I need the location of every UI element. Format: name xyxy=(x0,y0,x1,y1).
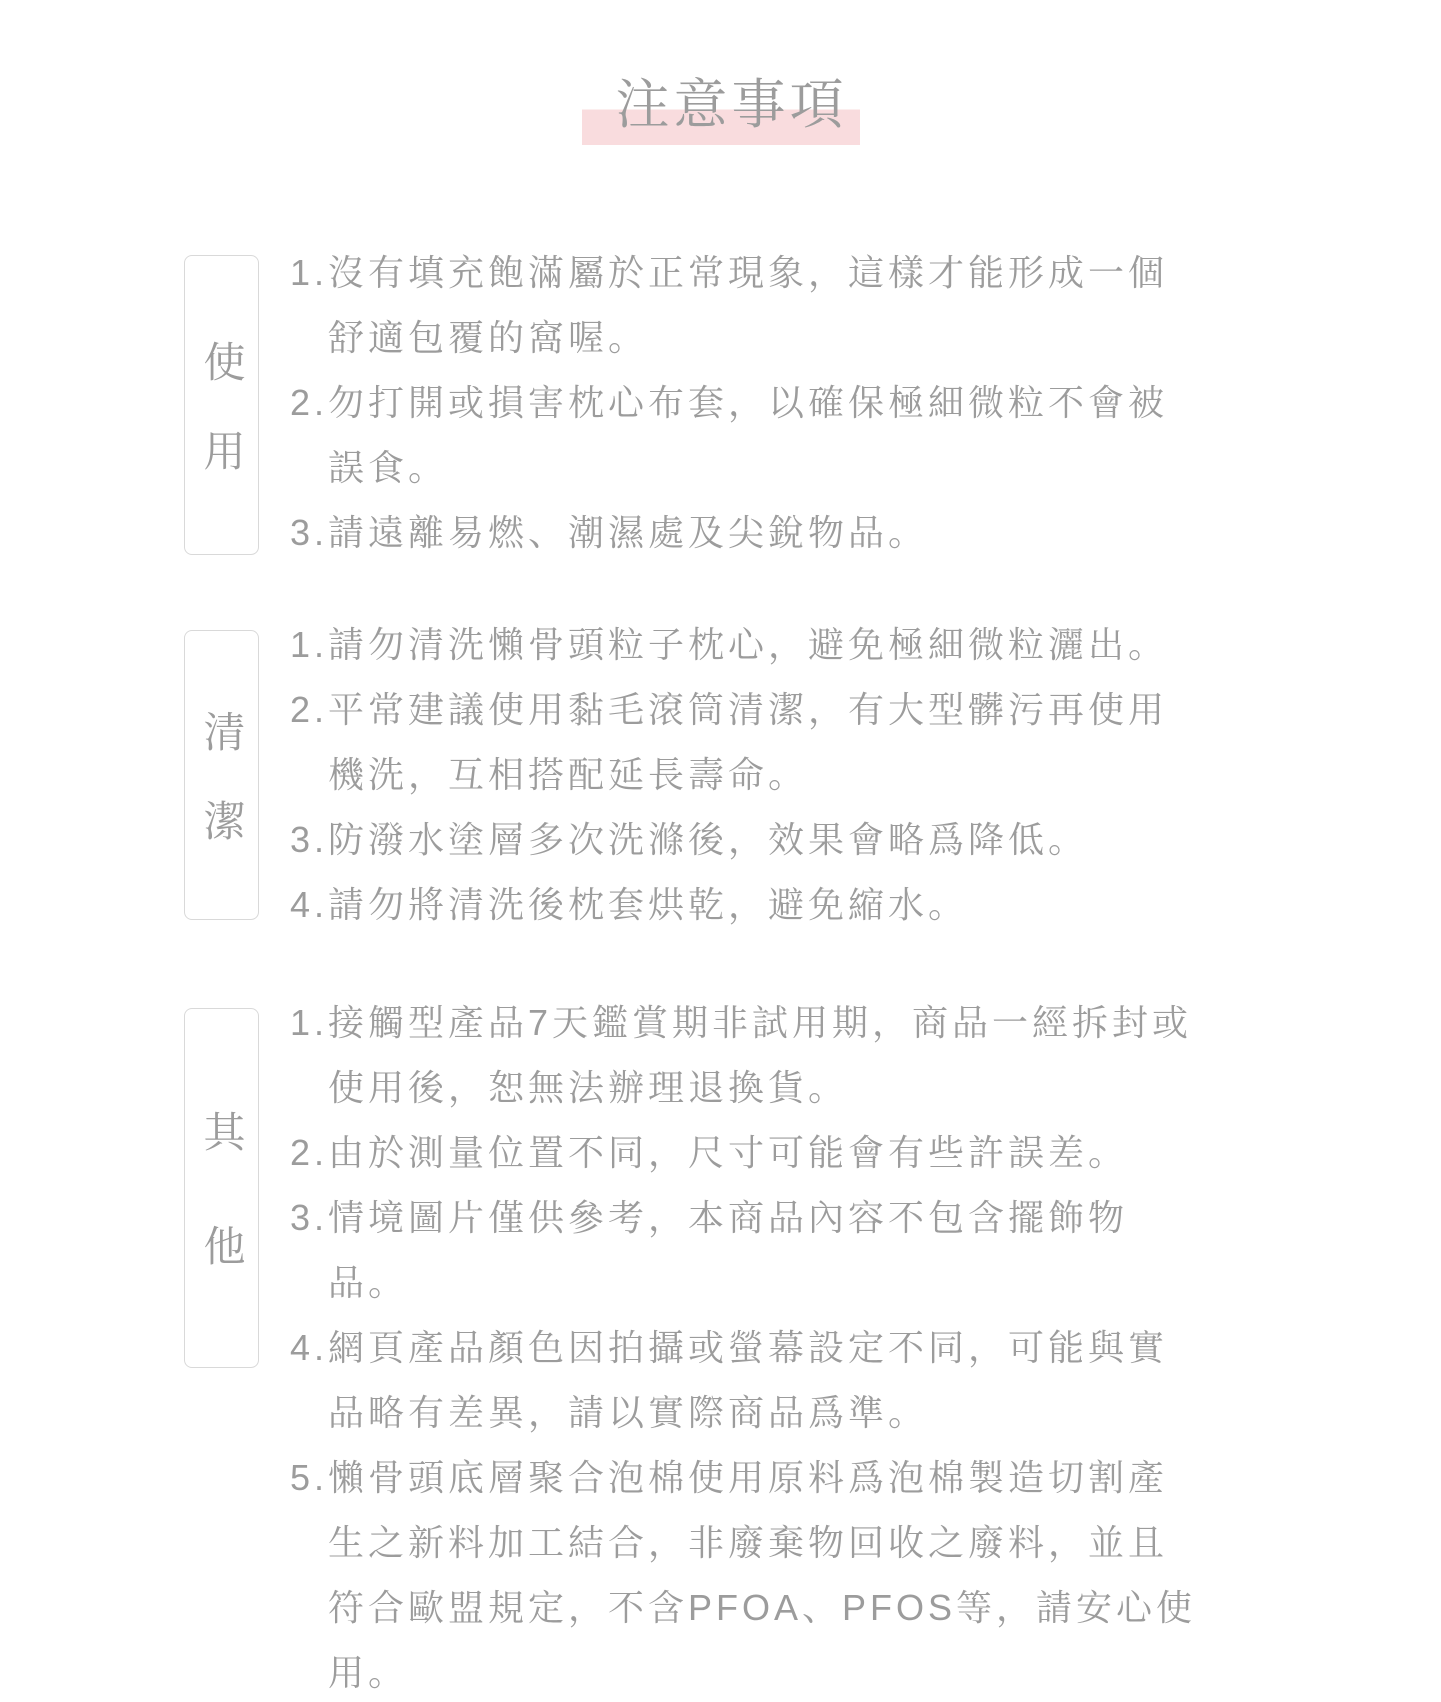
note-item: 1.請勿清洗懶骨頭粒子枕心，避免極細微粒灑出。 xyxy=(290,612,1200,677)
section-cleaning: 清潔 1.請勿清洗懶骨頭粒子枕心，避免極細微粒灑出。 2.平常建議使用黏毛滾筒清… xyxy=(184,612,1441,937)
section-other-list: 1.接觸型產品7天鑑賞期非試用期，商品一經拆封或使用後，恕無法辦理退換貨。 2.… xyxy=(290,990,1200,1702)
page-title: 注意事項 xyxy=(582,73,860,145)
section-other-label-box: 其他 xyxy=(184,1008,259,1368)
section-cleaning-label-box: 清潔 xyxy=(184,630,259,920)
notes-content: 使用 1.沒有填充飽滿屬於正常現象，這樣才能形成一個舒適包覆的窩喔。 2.勿打開… xyxy=(0,240,1441,1702)
note-item: 2.勿打開或損害枕心布套，以確保極細微粒不會被誤食。 xyxy=(290,370,1200,500)
note-item: 3.請遠離易燃、潮濕處及尖銳物品。 xyxy=(290,500,1200,565)
note-item: 2.平常建議使用黏毛滾筒清潔，有大型髒污再使用機洗，互相搭配延長壽命。 xyxy=(290,677,1200,807)
section-other-label: 其他 xyxy=(192,1110,252,1338)
section-usage-label: 使用 xyxy=(192,340,252,518)
section-other: 其他 1.接觸型產品7天鑑賞期非試用期，商品一經拆封或使用後，恕無法辦理退換貨。… xyxy=(184,990,1441,1702)
note-item: 4.網頁產品顏色因拍攝或螢幕設定不同，可能與實品略有差異，請以實際商品爲準。 xyxy=(290,1315,1200,1445)
page-header: 注意事項 xyxy=(0,0,1441,145)
note-item: 2.由於測量位置不同，尺寸可能會有些許誤差。 xyxy=(290,1120,1200,1185)
section-usage: 使用 1.沒有填充飽滿屬於正常現象，這樣才能形成一個舒適包覆的窩喔。 2.勿打開… xyxy=(184,240,1441,565)
section-cleaning-list: 1.請勿清洗懶骨頭粒子枕心，避免極細微粒灑出。 2.平常建議使用黏毛滾筒清潔，有… xyxy=(290,612,1200,937)
note-item: 3.情境圖片僅供參考，本商品內容不包含擺飾物品。 xyxy=(290,1185,1200,1315)
note-item: 1.接觸型產品7天鑑賞期非試用期，商品一經拆封或使用後，恕無法辦理退換貨。 xyxy=(290,990,1200,1120)
note-item: 3.防潑水塗層多次洗滌後，效果會略爲降低。 xyxy=(290,807,1200,872)
note-item: 5.懶骨頭底層聚合泡棉使用原料爲泡棉製造切割產生之新料加工結合，非廢棄物回收之廢… xyxy=(290,1445,1200,1702)
note-item: 4.請勿將清洗後枕套烘乾，避免縮水。 xyxy=(290,872,1200,937)
section-usage-label-box: 使用 xyxy=(184,255,259,555)
section-cleaning-label: 清潔 xyxy=(192,710,252,888)
note-item: 1.沒有填充飽滿屬於正常現象，這樣才能形成一個舒適包覆的窩喔。 xyxy=(290,240,1200,370)
section-usage-list: 1.沒有填充飽滿屬於正常現象，這樣才能形成一個舒適包覆的窩喔。 2.勿打開或損害… xyxy=(290,240,1200,565)
